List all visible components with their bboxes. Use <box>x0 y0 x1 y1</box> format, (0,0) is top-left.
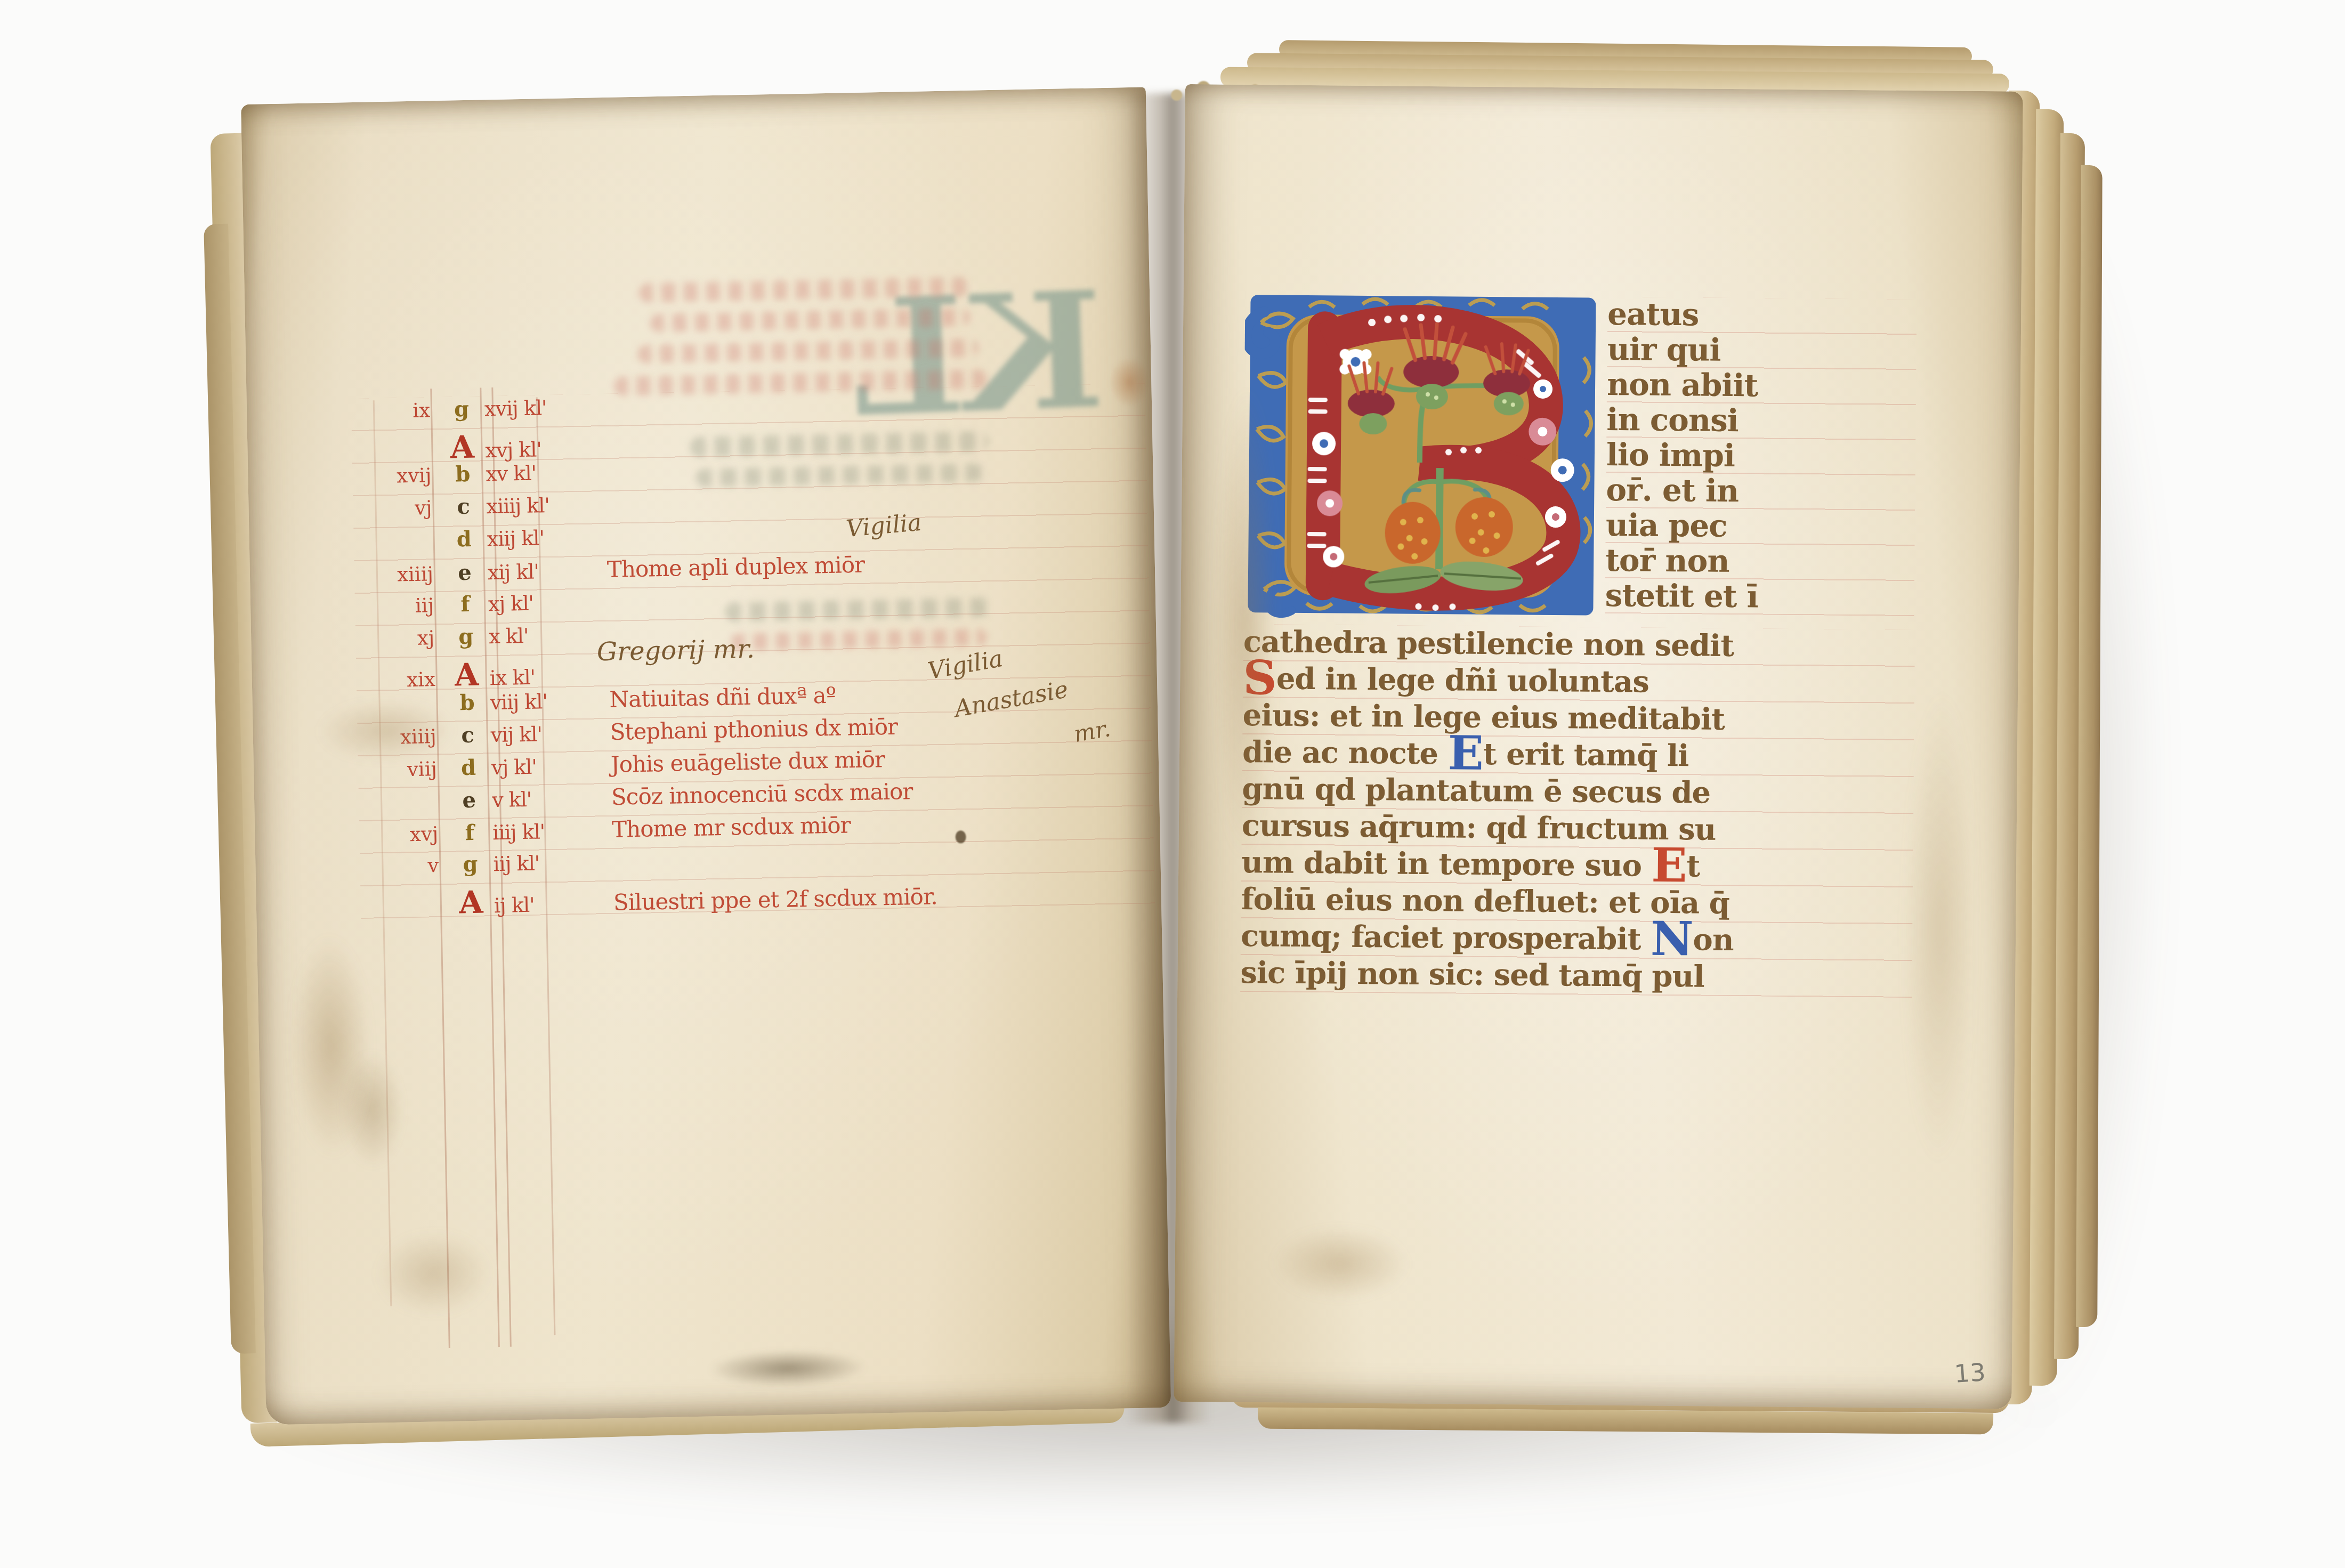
psalm-text-segment: t <box>1686 848 1700 884</box>
golden-number: xj <box>355 626 443 651</box>
psalm-line: eatus <box>1607 297 1917 335</box>
psalm-line: die ac nocte Et erit tamq̄ li <box>1242 734 1914 777</box>
dominical-letter: b <box>440 461 486 487</box>
dominical-letter: e <box>446 787 492 813</box>
psalm-line: lio impi <box>1606 438 1916 475</box>
stain <box>707 1348 868 1389</box>
psalm-line: cumq; faciet prosperabit Non <box>1241 918 1913 961</box>
psalm-text-segment: cursus aq̄rum: qd fructum su <box>1242 808 1716 847</box>
golden-number: iij <box>355 594 443 618</box>
folio-number: 13 <box>1953 1357 1986 1388</box>
roman-calends-date: xiij kl' <box>487 525 607 551</box>
feast-entry <box>604 403 1145 414</box>
added-note-gregorij: Gregorij mr. <box>596 634 755 667</box>
golden-number: xvij <box>352 464 440 488</box>
psalm-text-segment: on <box>1693 922 1734 958</box>
psalm-text-segment: t erit tamq̄ li <box>1483 737 1688 773</box>
dominical-letter: f <box>447 820 493 846</box>
roman-calends-date: xiiij kl' <box>486 492 606 518</box>
roman-calends-date: iij kl' <box>493 850 613 876</box>
illuminated-initial-B-artwork <box>1242 290 1615 622</box>
colored-initial: N <box>1651 911 1693 967</box>
dominical-letter: d <box>446 755 492 781</box>
stain <box>289 934 373 1159</box>
roman-calends-date: xij kl' <box>488 559 608 584</box>
roman-calends-date: vj kl' <box>491 754 611 779</box>
psalm-line: Sed in lege dñi uoluntas <box>1243 661 1915 704</box>
golden-number: v <box>360 854 448 878</box>
psalm-text-segment: um dabit in tempore suo <box>1241 845 1652 884</box>
psalm-text-segment: cathedra pestilencie non sedit <box>1243 624 1734 664</box>
golden-number <box>359 808 446 810</box>
roman-calends-date: xvj kl' <box>485 437 605 462</box>
psalm-line: cursus aq̄rum: qd fructum su <box>1242 808 1914 851</box>
golden-number <box>352 458 440 460</box>
psalm-line: eius: et in lege eius meditabit <box>1242 698 1914 740</box>
dominical-letter: f <box>442 591 489 617</box>
feast-entry <box>613 858 1154 869</box>
roman-calends-date: x kl' <box>489 623 609 648</box>
stain <box>1271 1225 1410 1301</box>
psalm-line: or̄. et in <box>1606 473 1915 511</box>
dominical-letter: g <box>447 851 494 877</box>
psalm-line: uir qui <box>1607 332 1917 370</box>
feast-entry <box>608 598 1149 609</box>
manuscript-photograph: KL ix g xvij kl' A <box>0 0 2345 1568</box>
roman-calends-date: ij kl' <box>494 892 614 917</box>
psalm-text-segment: ed in lege dñi uoluntas <box>1276 661 1649 700</box>
psalm-line: um dabit in tempore suo Et <box>1241 845 1913 887</box>
golden-number: xiiij <box>354 562 442 587</box>
roman-calends-date: vij kl' <box>490 721 610 747</box>
psalm-text-segment: sic īpij non sic: sed tamq̄ pul <box>1240 955 1704 995</box>
psalm-text-segment: die ac nocte <box>1242 734 1448 771</box>
psalm-line: cathedra pestilencie non sedit <box>1243 624 1915 667</box>
roman-calends-date: ix kl' <box>489 664 609 690</box>
psalm-line: non abiit <box>1607 367 1917 405</box>
dominical-letter: g <box>439 396 485 422</box>
golden-number: xvj <box>359 822 447 847</box>
psalm-line: uia pec <box>1606 508 1915 546</box>
golden-number: xix <box>356 668 444 692</box>
dominical-letter: e <box>442 560 488 586</box>
psalm-line: in consi <box>1606 402 1916 440</box>
feast-entry: Siluestri ppe et 2f scdux miōr. <box>613 879 1155 915</box>
dominical-letter: d <box>441 526 487 552</box>
golden-number: ix <box>351 399 439 423</box>
colored-initial: E <box>1448 725 1483 781</box>
roman-calends-date: xv kl' <box>486 460 605 486</box>
colored-initial: E <box>1651 837 1687 893</box>
dominical-letter: g <box>443 624 489 650</box>
psalm-line: foliū eius non defluet: et oīa q̄ <box>1241 882 1913 924</box>
psalm-text-segment: eius: et in lege eius meditabit <box>1242 698 1725 737</box>
calendar-page-verso: KL ix g xvij kl' A <box>241 87 1171 1425</box>
golden-number <box>361 914 448 915</box>
feast-entry <box>606 500 1147 511</box>
strawberry <box>1455 497 1513 557</box>
dominical-letter: A <box>443 656 490 693</box>
stain <box>375 1230 494 1317</box>
psalm-text-segment: cumq; faciet prosperabit <box>1241 918 1651 957</box>
golden-number: vj <box>353 496 441 521</box>
dominical-letter: c <box>440 494 487 520</box>
dominical-letter: A <box>448 884 494 921</box>
roman-calends-date: xj kl' <box>488 590 608 616</box>
strawberry <box>1385 502 1441 564</box>
psalm-text-block: cathedra pestilencie non sedit Sed in le… <box>1240 624 1915 998</box>
roman-calends-date: xvij kl' <box>484 395 604 421</box>
golden-number <box>354 547 441 548</box>
psalm-line: sic īpij non sic: sed tamq̄ pul <box>1240 955 1912 998</box>
psalm-line: gnū qd plantatum ē secus de <box>1242 771 1914 814</box>
psalm-page-recto: eatus uir qui non abiit in consi lio imp… <box>1174 84 2023 1409</box>
psalm-text-narrow-column: eatus uir qui non abiit in consi lio imp… <box>1605 297 1917 616</box>
psalm-line: stetit et ī <box>1605 578 1914 616</box>
psalm-line: tor̄ non <box>1605 543 1915 581</box>
psalm-text-segment: gnū qd plantatum ē secus de <box>1242 771 1710 811</box>
illuminated-initial-B <box>1242 290 1615 622</box>
dominical-letter: b <box>444 690 490 716</box>
dominical-letter: A <box>439 429 486 466</box>
roman-calends-date: viij kl' <box>490 689 610 714</box>
roman-calends-date: v kl' <box>492 786 612 812</box>
feast-entry <box>605 468 1147 479</box>
roman-calends-date: iiij kl' <box>492 819 612 844</box>
